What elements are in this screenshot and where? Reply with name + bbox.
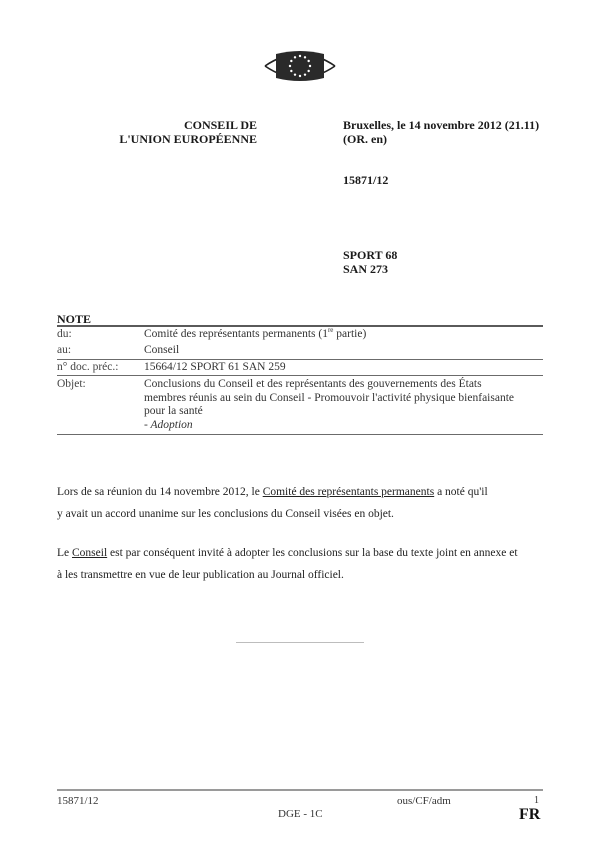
place-date-block: Bruxelles, le 14 novembre 2012 (21.11) (… xyxy=(343,118,539,146)
footer-reference: ous/CF/adm xyxy=(397,795,451,807)
subject-status: - Adoption xyxy=(144,419,544,433)
divider xyxy=(57,434,543,435)
paragraph-1: Lors de sa réunion du 14 novembre 2012, … xyxy=(57,481,557,525)
row-value: Conseil xyxy=(144,344,544,358)
footer-directorate: DGE - 1C xyxy=(278,808,323,820)
row-label: du: xyxy=(57,328,145,342)
code-sport: SPORT 68 xyxy=(343,248,397,262)
divider xyxy=(57,375,543,376)
eu-council-emblem-icon xyxy=(263,44,337,88)
document-number: 15871/12 xyxy=(343,173,388,188)
divider xyxy=(57,325,543,327)
row-value: Comité des représentants permanents (1re… xyxy=(144,328,544,342)
place-date: Bruxelles, le 14 novembre 2012 (21.11) xyxy=(343,118,539,132)
page-number: 1 xyxy=(534,795,539,806)
row-value: Conclusions du Conseil et des représenta… xyxy=(144,378,544,432)
code-san: SAN 273 xyxy=(343,262,397,276)
footer-doc-number: 15871/12 xyxy=(57,795,99,807)
divider xyxy=(57,359,543,360)
institution-line-1: CONSEIL DE xyxy=(60,118,257,132)
council-link: Conseil xyxy=(72,547,107,559)
language-code: FR xyxy=(519,806,540,824)
footer-divider xyxy=(57,789,543,791)
row-label: Objet: xyxy=(57,378,145,392)
institution-line-2: L'UNION EUROPÉENNE xyxy=(60,132,257,146)
row-label: n° doc. préc.: xyxy=(57,361,145,375)
coreper-link: Comité des représentants permanents xyxy=(263,486,435,498)
row-value: 15664/12 SPORT 61 SAN 259 xyxy=(144,361,544,375)
end-separator xyxy=(236,642,364,643)
row-label: au: xyxy=(57,344,145,358)
institution-name: CONSEIL DE L'UNION EUROPÉENNE xyxy=(60,118,257,146)
original-language: (OR. en) xyxy=(343,132,539,146)
classification-codes: SPORT 68 SAN 273 xyxy=(343,248,397,276)
paragraph-2: Le Conseil est par conséquent invité à a… xyxy=(57,542,557,586)
